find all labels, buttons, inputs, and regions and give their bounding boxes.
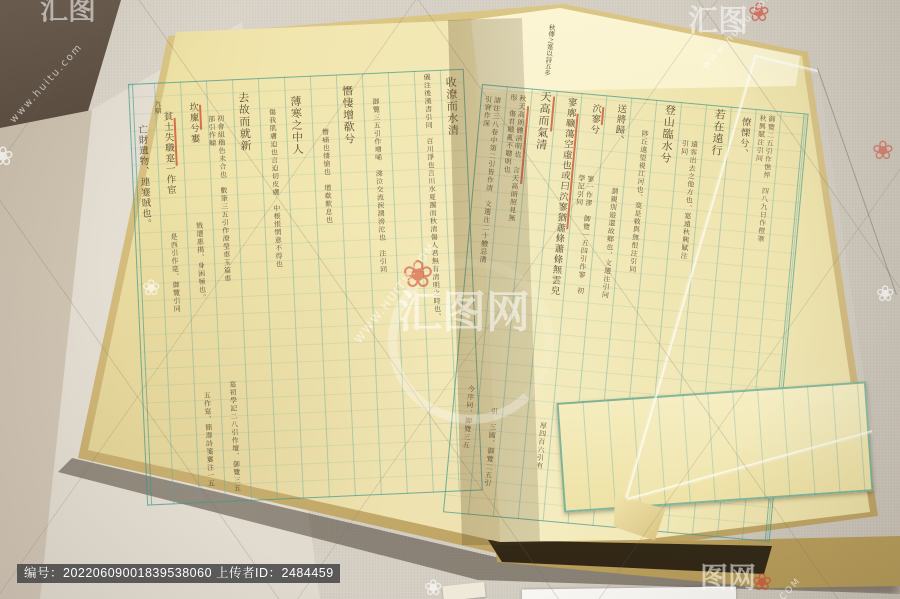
- caption-text: 编号：20220609001839538060 上传者ID：2484459: [24, 564, 334, 583]
- photo-vignette: [0, 0, 900, 599]
- stock-caption-bar: 编号：20220609001839538060 上传者ID：2484459: [17, 564, 340, 583]
- photo-of-manuscript: 收潦而水清儀注後漢書引同 百川淨也言川水夏濁而秋清傷人君無有清明之時也、御覽三五…: [0, 0, 900, 599]
